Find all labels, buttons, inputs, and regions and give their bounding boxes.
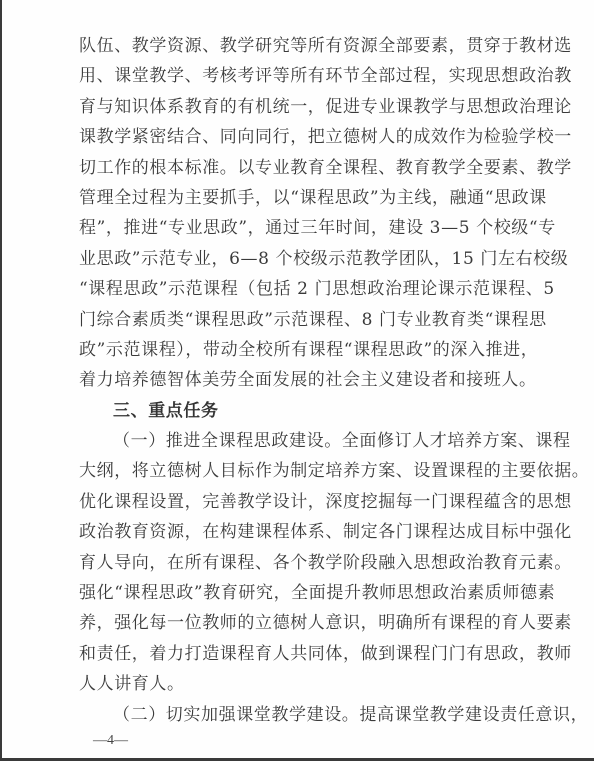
text-line: 大纲，将立德树人目标作为制定培养方案、设置课程的主要依据。 (79, 456, 525, 486)
text-line: 课教学紧密结合、同向同行，把立德树人的成效作为检验学校一 (79, 122, 525, 152)
text-line: 切工作的根本标准。以专业教育全课程、教育教学全要素、教学 (79, 153, 525, 183)
text-line: 着力培养德智体美劳全面发展的社会主义建设者和接班人。 (79, 365, 525, 395)
text-line: （一）推进全课程思政建设。全面修订人才培养方案、课程 (79, 426, 525, 456)
text-line: 和责任，着力打造课程育人共同体，做到课程门门有思政，教师 (79, 639, 525, 669)
section-heading: 三、重点任务 (79, 396, 525, 426)
text-line: 养，强化每一位教师的立德树人意识，明确所有课程的育人要素 (79, 608, 525, 638)
text-line: 优化课程设置，完善教学设计，深度挖掘每一门课程蕴含的思想 (79, 487, 525, 517)
text-line: 程”，推进“专业思政”，通过三年时间，建设 3—5 个校级“专 (79, 213, 525, 243)
page-content: 队伍、教学资源、教学研究等所有资源全部要素，贯穿于教材选 用、课堂教学、考核考评… (79, 31, 525, 730)
text-line: 人人讲育人。 (79, 669, 525, 699)
text-line: 政”示范课程），带动全校所有课程“课程思政”的深入推进， (79, 335, 525, 365)
text-line: 育与知识体系教育的有机统一，促进专业课教学与思想政治理论 (79, 92, 525, 122)
page-number: —4— (93, 733, 128, 749)
text-line: 强化“课程思政”教育研究，全面提升教师思想政治素质师德素 (79, 578, 525, 608)
text-line: （二）切实加强课堂教学建设。提高课堂教学建设责任意识， (79, 700, 525, 730)
text-line: 用、课堂教学、考核考评等所有环节全部过程，实现思想政治教 (79, 61, 525, 91)
text-line: 业思政”示范专业，6—8 个校级示范教学团队，15 门左右校级 (79, 244, 525, 274)
text-line: 育人导向，在所有课程、各个教学阶段融入思想政治教育元素。 (79, 548, 525, 578)
text-line: 政治教育资源，在构建课程体系、制定各门课程达成目标中强化 (79, 517, 525, 547)
text-line: “课程思政”示范课程（包括 2 门思想政治理论课示范课程、5 (79, 274, 525, 304)
text-line: 队伍、教学资源、教学研究等所有资源全部要素，贯穿于教材选 (79, 31, 525, 61)
document-page: 队伍、教学资源、教学研究等所有资源全部要素，贯穿于教材选 用、课堂教学、考核考评… (0, 0, 594, 761)
text-line: 门综合素质类“课程思政”示范课程、8 门专业教育类“课程思 (79, 305, 525, 335)
text-line: 管理全过程为主要抓手，以“课程思政”为主线，融通“思政课 (79, 183, 525, 213)
